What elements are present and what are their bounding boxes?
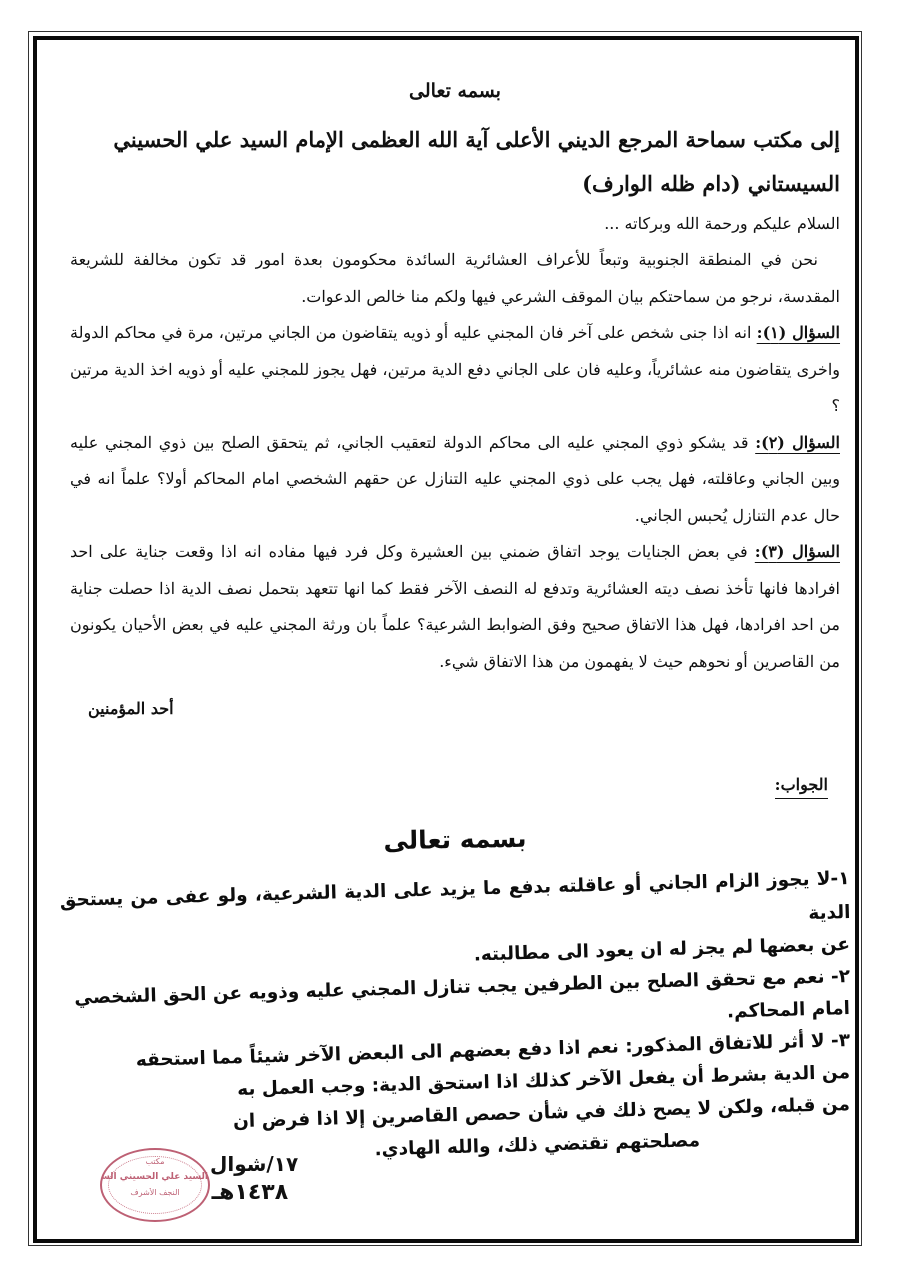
answer-date: ١٧/شوال ١٤٣٨هـ [210, 1150, 298, 1208]
question-1-label: السؤال (١): [757, 323, 840, 342]
seal-text-line-2: السيد علي الحسيني السيستاني [102, 1172, 208, 1182]
question-1: السؤال (١): انه اذا جنى شخص على آخر فان … [70, 315, 840, 425]
question-3-text: في بعض الجنايات يوجد اتفاق ضمني بين العش… [70, 542, 840, 671]
seal-text-line-3: النجف الأشرف [102, 1188, 208, 1197]
signer: أحد المؤمنين [70, 694, 840, 724]
letter-basmala: بسمه تعالى [70, 76, 840, 106]
addressee-line-2: السيستاني (دام ظله الوارف) [70, 162, 840, 206]
office-seal-stamp: مكتب السيد علي الحسيني السيستاني النجف ا… [100, 1148, 210, 1222]
seal-text-line-1: مكتب [102, 1157, 208, 1166]
question-1-text: انه اذا جنى شخص على آخر فان المجني عليه … [70, 323, 840, 415]
question-3-label: السؤال (٣): [755, 542, 840, 561]
date-year: ١٤٣٨هـ [210, 1178, 288, 1208]
handwritten-answer: بسمه تعالى ١-لا يجوز الزام الجاني أو عاق… [60, 820, 850, 1154]
question-2-text: قد يشكو ذوي المجني عليه الى محاكم الدولة… [70, 433, 840, 525]
answer-label: الجواب: [775, 772, 828, 799]
question-letter: بسمه تعالى إلى مكتب سماحة المرجع الديني … [70, 76, 840, 799]
answer-basmala: بسمه تعالى [60, 813, 851, 867]
question-3: السؤال (٣): في بعض الجنايات يوجد اتفاق ض… [70, 534, 840, 680]
question-2: السؤال (٢): قد يشكو ذوي المجني عليه الى … [70, 425, 840, 535]
greeting: السلام عليكم ورحمة الله وبركاته ... [70, 206, 840, 242]
question-2-label: السؤال (٢): [755, 433, 840, 452]
date-day-month: ١٧/شوال [210, 1150, 298, 1178]
addressee-line-1: إلى مكتب سماحة المرجع الديني الأعلى آية … [70, 118, 840, 162]
intro-paragraph: نحن في المنطقة الجنوبية وتبعاً للأعراف ا… [70, 242, 840, 315]
